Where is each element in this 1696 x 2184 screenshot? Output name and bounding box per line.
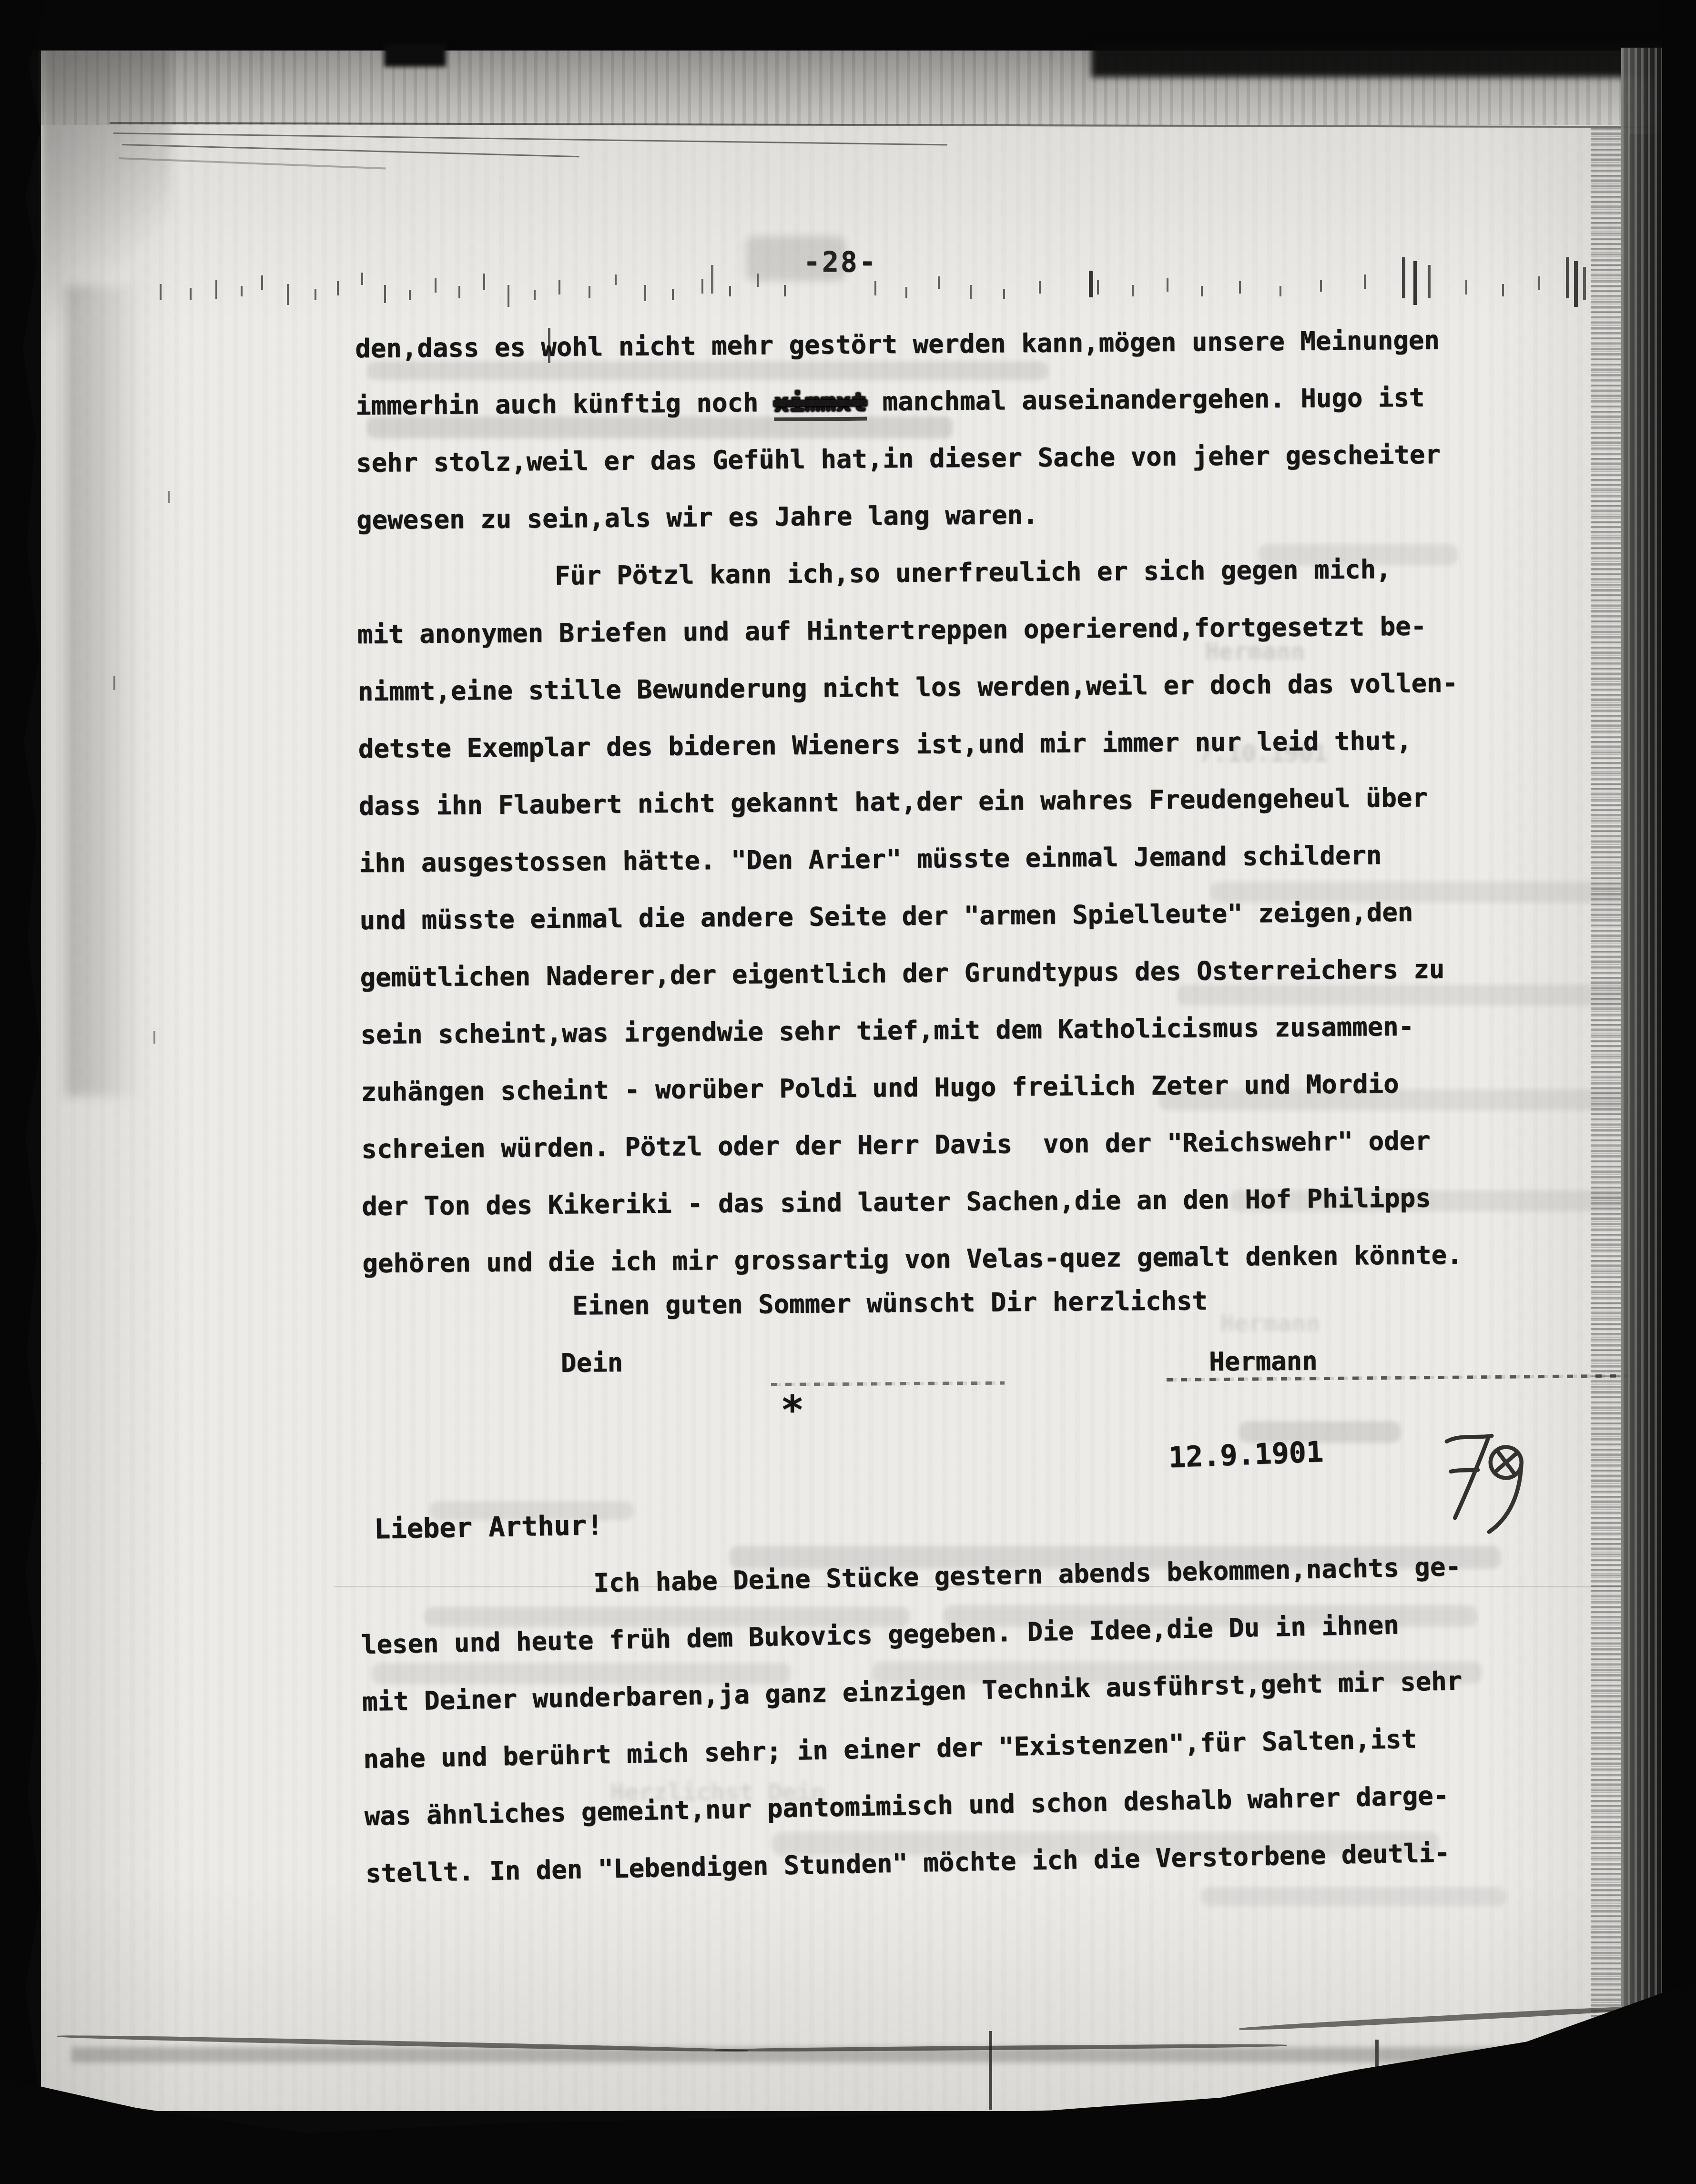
salutation: Lieber Arthur! [374,1510,603,1545]
tick-mark [458,286,460,298]
line-text: manchmal auseinandergehen. Hugo ist [867,382,1425,416]
tick-mark [168,491,170,503]
tick-mark [1003,289,1005,299]
tick-mark [784,285,786,296]
tick-mark [1039,281,1041,294]
typed-line: Für Pötzl kann ich,so unerfreulich er si… [555,554,1391,599]
line-text: was ähnliches gemeint,nur pantomimisch u… [364,1780,1449,1831]
typed-line: mit anonymen Briefen und auf Hintertrepp… [357,611,1427,658]
scan-scratch-line [334,1586,1630,1587]
line-text: nimmt,eine stille Bewunderung nicht los … [358,668,1458,707]
typed-line: schreien würden. Pötzl oder der Herr Dav… [361,1126,1431,1172]
closing-line: Einen guten Sommer wünscht Dir herzlichs… [572,1286,1208,1329]
typed-letter-top: den,dass es wohl nicht mehr gestört werd… [355,325,1507,1430]
tick-mark [190,288,192,300]
left-edge-shading [66,286,142,1096]
typed-line: und müsste einmal die andere Seite der "… [359,897,1413,944]
handwritten-folio-number [1427,1421,1550,1552]
line-text: dass ihn Flaubert nicht gekannt hat,der … [359,782,1428,821]
tick-mark [672,289,674,300]
tick-mark [1201,286,1203,296]
line-text: Für Pötzl kann ich,so unerfreulich er si… [555,554,1391,591]
letter-date: 12.9.1901 [1168,1435,1324,1474]
line-text: sein scheint,was irgendwie sehr tief,mit… [360,1012,1414,1050]
tick-mark [711,265,713,294]
tick-mark [644,285,646,301]
typed-line: immerhin auch künftig noch ximmxt manchm… [355,382,1425,429]
tick-mark [905,287,907,298]
line-text: lesen und heute früh dem Bukovics gegebe… [361,1610,1399,1660]
tick-mark [1583,267,1586,300]
typed-line: sehr stolz,weil er das Gefühl hat,in die… [356,439,1441,486]
line-text: detste Exemplar des bideren Wieners ist,… [358,726,1412,764]
line-text: sehr stolz,weil er das Gefühl hat,in die… [356,439,1441,478]
typed-line: dass ihn Flaubert nicht gekannt hat,der … [359,782,1428,829]
film-edge-streaks [1621,48,1663,2073]
line-text: zuhängen scheint - worüber Poldi und Hug… [361,1069,1399,1107]
film-edge-stipple [1591,128,1621,2020]
typed-line: nimmt,eine stille Bewunderung nicht los … [358,668,1458,715]
tick-mark [1465,280,1467,295]
tick-mark [361,273,363,285]
tick-mark [1413,261,1417,305]
typed-line: detste Exemplar des bideren Wieners ist,… [358,726,1412,772]
tick-mark [1089,271,1093,297]
tick-mark [337,281,339,295]
line-text: stellt. In den "Lebendigen Stunden" möch… [366,1838,1451,1889]
line-text: und müsste einmal die andere Seite der "… [359,897,1413,935]
typed-line: nahe und berührt mich sehr; in einer der… [363,1724,1417,1782]
tick-mark [1566,257,1569,298]
tick-mark [970,285,972,299]
typed-line: zuhängen scheint - worüber Poldi und Hug… [361,1069,1399,1115]
typed-line: mit Deiner wunderbaren,ja ganz einzigen … [362,1666,1462,1725]
letter-top-lines: den,dass es wohl nicht mehr gestört werd… [355,385,1500,484]
typed-line: gewesen zu sein,als wir es Jahre lang wa… [356,500,1038,543]
tick-mark [938,276,940,289]
tick-mark [1428,265,1431,298]
line-text: gewesen zu sein,als wir es Jahre lang wa… [356,500,1038,535]
torn-left-edge [0,0,46,2184]
tick-mark [215,280,217,299]
tick-mark [1097,280,1099,295]
tick-mark [589,286,590,298]
typed-line: lesen und heute früh dem Bukovics gegebe… [361,1610,1399,1668]
line-text: schreien würden. Pötzl oder der Herr Dav… [361,1126,1431,1164]
line-text: nahe und berührt mich sehr; in einer der… [363,1724,1417,1774]
line-text: der Ton des Kikeriki - das sind lauter S… [362,1183,1431,1221]
tick-mark [315,289,316,300]
typed-line: gehören und die ich mir grossartig von V… [362,1240,1462,1287]
tick-mark [1502,284,1504,296]
tick-mark [241,286,243,296]
tick-mark [559,280,560,295]
line-text: gemütlichen Naderer,der eigentlich der G… [360,954,1444,993]
tick-mark [1364,274,1366,289]
tick-mark [1574,261,1578,307]
letter-bottom-lines: Ich habe Deine Stücke gestern abends bek… [361,1611,1506,1723]
typed-line: stellt. In den "Lebendigen Stunden" möch… [366,1838,1451,1897]
typed-line: was ähnliches gemeint,nur pantomimisch u… [364,1780,1449,1839]
tick-mark [483,274,485,290]
line-text: ihn ausgestossen hätte. "Den Arier" müss… [359,840,1381,878]
valediction: Dein [561,1348,623,1386]
scan-border-right [1662,0,1696,2184]
tick-mark [1239,281,1241,294]
tick-mark [1538,276,1540,290]
typed-line: ihn ausgestossen hätte. "Den Arier" müss… [359,840,1381,886]
tick-mark [435,278,437,293]
scan-border-top-right [1091,42,1696,77]
typed-line: den,dass es wohl nicht mehr gestört werd… [355,325,1440,372]
typed-line: gemütlichen Naderer,der eigentlich der G… [360,954,1444,1001]
folio-79-strokes [1427,1421,1550,1552]
tick-mark [508,285,509,307]
tick-mark [1402,257,1405,298]
line-text: immerhin auch künftig noch [355,387,774,421]
line-text: mit anonymen Briefen und auf Hintertrepp… [357,611,1427,650]
tick-mark [874,281,876,295]
tick-mark [384,285,386,303]
typed-line: sein scheint,was irgendwie sehr tief,mit… [360,1012,1414,1058]
tick-mark [701,279,703,294]
tick-mark [409,290,411,300]
tick-mark [153,1031,155,1044]
tick-mark [1167,278,1168,292]
bleedthrough-smudge [746,236,846,281]
typed-line: der Ton des Kikeriki - das sind lauter S… [362,1183,1431,1229]
tick-mark [287,284,289,305]
tick-mark [729,286,731,296]
tick-mark [1280,286,1281,296]
tick-mark [160,284,162,300]
tick-mark [989,2031,992,2110]
tick-mark [534,290,536,300]
struck-word: ximmxt [774,387,867,422]
typed-letter-bottom: Ich habe Deine Stücke gestern abends bek… [360,1551,1510,1935]
tick-mark [113,676,115,690]
scanned-letter-page: -28- Hermann7.10.1901HermannHerzlichst D… [0,0,1696,2184]
tick-mark [1320,280,1322,292]
line-text: mit Deiner wunderbaren,ja ganz einzigen … [362,1666,1462,1717]
tick-mark [1132,285,1134,296]
tick-mark [261,275,263,290]
line-text: gehören und die ich mir grossartig von V… [362,1240,1462,1279]
separator-star: * [781,1388,804,1433]
scan-border-blob [384,44,446,67]
tick-mark [615,274,617,285]
